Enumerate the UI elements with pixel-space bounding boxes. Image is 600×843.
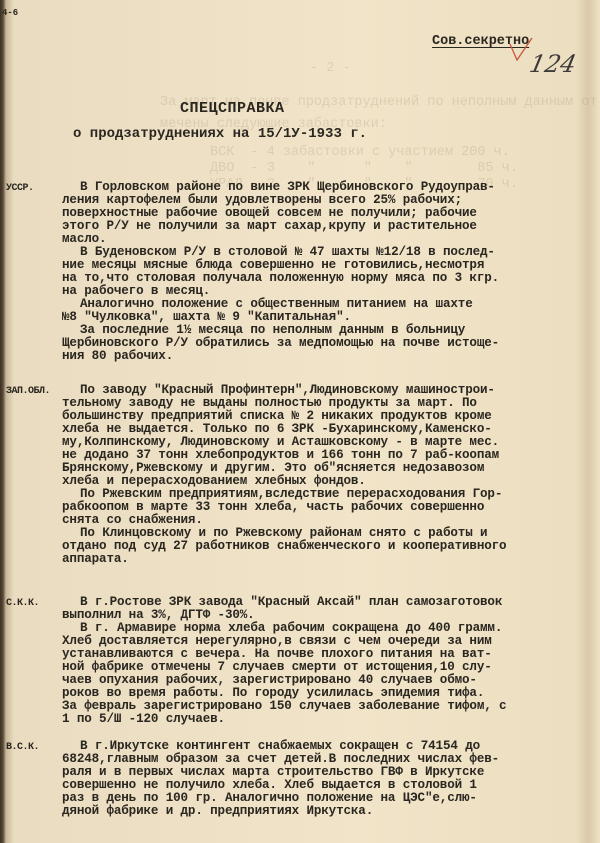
- document-title: СПЕЦСПРАВКА: [180, 100, 285, 117]
- report-section: В Горловском районе по вине ЗРК Щербинов…: [62, 181, 562, 363]
- text-line: отдано под суд 27 работников снабженческ…: [62, 540, 562, 553]
- document-subtitle: о продзатруднениях на 15/1У-1933 г.: [73, 126, 367, 142]
- region-label: В.С.К.: [6, 742, 39, 753]
- report-section: В г.Ростове ЗРК завода "Красный Аксай" п…: [62, 596, 562, 726]
- text-line: этого Р/У не получили за март сахар,круп…: [62, 220, 562, 233]
- region-label: ЗАП.ОБЛ.: [6, 386, 50, 397]
- text-line: 1 по 5/Ш -120 случаев.: [62, 713, 562, 726]
- report-section: По заводу "Красный Профинтерн",Людиновск…: [62, 384, 562, 566]
- bleed-through-line: ВСК - 4 забастовки с участием 200 ч.: [210, 146, 510, 160]
- report-section: В г.Иркутске контингент снабжаемых сокра…: [62, 740, 562, 818]
- document-page: - 2 -За март на почве продзатруднений по…: [0, 0, 600, 843]
- bleed-through-line: ДВО - 3 " " " 85 ч.: [210, 162, 518, 176]
- region-label: УССР.: [6, 183, 34, 194]
- text-line: аппарата.: [62, 553, 562, 566]
- page-mark: 4-6: [2, 8, 18, 18]
- text-line: ния 80 рабочих.: [62, 350, 562, 363]
- region-label: С.К.К.: [6, 598, 39, 609]
- text-line: дяной фабрике и др. предприятиях Иркутск…: [62, 805, 562, 818]
- bleed-through-line: - 2 -: [310, 62, 351, 76]
- handwritten-page-number: 124: [527, 50, 579, 78]
